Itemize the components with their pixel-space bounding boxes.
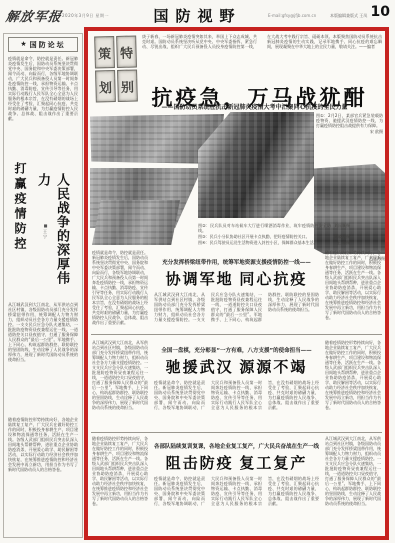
section-column: 随着疫情防控形势持续向好，各地企业陆续复工复产，广大民兵在做好防控工作的同时，积… xyxy=(325,340,381,430)
photo-credit: 王 军摄 xyxy=(337,240,350,245)
section-kicker: 充分发挥桥梁纽带作用，统筹军地资源支援疫情防控一线—— xyxy=(154,258,319,266)
section-column: 随着疫情防控形势持续向好，各地企业陆续复工复产，广大民兵在做好防控工作的同时，积… xyxy=(325,250,381,332)
section-headline: 协调军地 同心抗疫 xyxy=(154,268,319,289)
photo-captions-bottom: 图②：民兵队员对车站候车大厅进行喷洒消毒作业，筑牢疫情防控安全防线。 刘国顺摄 … xyxy=(198,223,350,253)
article-section-coordination: 疫情就是命令，防控就是责任。新冠肺炎疫情发生后，国防动员系统坚决贯彻党中央、国务… xyxy=(92,250,381,332)
section-center: 全国一盘棋，充分彰显“一方有难，八方支援”的使命担当—— 驰援武汉 源源不竭 疫… xyxy=(154,340,319,430)
photo-caption-top: 图①：2月2日，某部官兵紧急装载防疫物资，驰援武汉疫情防控一线，为打赢疫情防控阻… xyxy=(316,113,383,161)
special-plan-stamp: 策 特 划 别 xyxy=(94,35,138,102)
section-divider xyxy=(91,432,382,433)
star-icon: ★ xyxy=(20,41,26,48)
section-column: 从江城武汉到大江南北，从军供站点到社区村镇，各级国防动员部门充分发挥桥梁纽带作用… xyxy=(325,436,381,534)
email-line: E-mail:gfsy@jfjb.com.cn xyxy=(268,13,316,18)
page-number: 10 xyxy=(371,4,390,20)
forum-label: 国防论坛 xyxy=(30,40,66,50)
caption-line: 图②：民兵队员对车站候车大厅进行喷洒消毒作业，筑牢疫情防控安全防线。 刘国顺摄 xyxy=(198,223,350,233)
newspaper-page: 解放军报 2020年3月9日 星期一 国防视野 E-mail:gfsy@jfjb… xyxy=(0,0,395,543)
section-body: 从江城武汉到大江南北，从军供站点到社区村镇，各级国防动员部门充分发挥桥梁纽带作用… xyxy=(154,292,319,332)
stamp-char: 别 xyxy=(117,69,138,102)
page-header: 解放军报 2020年3月9日 星期一 国防视野 E-mail:gfsy@jfjb… xyxy=(0,0,395,27)
photo-credit: 周晓舟摄 xyxy=(334,234,350,239)
section-divider xyxy=(91,334,382,335)
section-body: 疫情就是命令，防控就是责任。新冠肺炎疫情发生后，国防动员系统坚决贯彻党中央、国务… xyxy=(154,476,319,534)
section-body: 疫情就是命令，防控就是责任。新冠肺炎疫情发生后，国防动员系统坚决贯彻党中央、国务… xyxy=(154,380,319,430)
article-section-resume-work: 随着疫情防控形势持续向好，各地企业陆续复工复产，广大民兵在做好防控工作的同时，积… xyxy=(92,436,381,534)
forum-header: ★ 国防论坛 xyxy=(8,37,78,52)
special-feature-box: 策 特 划 别 庚子新春，一场新冠肺炎疫情突如其来，举国上下众志成城、共克时艰。… xyxy=(84,27,389,540)
stamp-char: 特 xyxy=(116,35,137,68)
photo-credit: 宋 歆摄 xyxy=(316,129,383,134)
caption-line: 图④：民兵驾驶员运送生活物资进入封控小区，保障群众基本生活。 王 军摄 xyxy=(198,240,350,245)
main-subhead: ——国防动员系统在抗击新冠肺炎疫情大考中汇聚同心抗疫的全民力量 xyxy=(128,102,381,111)
left-article-paragraph: 随着疫情防控形势持续向好，各地企业陆续复工复产，广大民兵在做好防控工作的同时，积… xyxy=(8,417,78,531)
caption-text: 图①：2月2日，某部官兵紧急装载防疫物资，驰援武汉疫情防控一线，为打赢疫情防控阻… xyxy=(316,113,383,128)
section-column: 从江城武汉到大江南北，从军供站点到社区村镇，各级国防动员部门充分发挥桥梁纽带作用… xyxy=(92,340,148,430)
feature-intro: 庚子新春，一场新冠肺炎疫情突如其来，举国上下众志成城、共克时艰。国防动员系统坚决… xyxy=(142,34,382,65)
left-article-paragraph: 疫情就是命令，防控就是责任。新冠肺炎疫情发生后，国防动员系统坚决贯彻党中央、国务… xyxy=(8,56,78,156)
photo-street-patrol xyxy=(92,200,180,245)
left-article-title: 打赢疫情防控 ■ 王 宁 人民战争的深厚伟力 xyxy=(8,161,78,297)
section-headline: 阻击防疫 复工复产 xyxy=(154,452,319,473)
caption-text: 图④：民兵驾驶员运送生活物资进入封控小区，保障群众基本生活。 xyxy=(198,240,334,245)
editor-note: 本版编辑兼版式 王凤 xyxy=(330,13,367,19)
article-section-wuhan-aid: 从江城武汉到大江南北，从军供站点到社区村镇，各级国防动员部门充分发挥桥梁纽带作用… xyxy=(92,340,381,430)
caption-text: 图②：民兵队员对车站候车大厅进行喷洒消毒作业，筑牢疫情防控安全防线。 xyxy=(198,223,331,233)
caption-text: 图③：民兵小分队协助社区开展卡点执勤，把好疫情防控关口。 xyxy=(198,234,331,239)
stamp-char: 划 xyxy=(95,70,116,103)
left-column-article: ★ 国防论坛 疫情就是命令，防控就是责任。新冠肺炎疫情发生后，国防动员系统坚决贯… xyxy=(3,33,83,538)
left-article-title-main: 人民战争的深厚伟力 xyxy=(34,173,72,297)
left-article-title-pre: 打赢疫情防控 xyxy=(12,162,29,252)
section-kicker: 各部队陆续复训复课，各地企业复工复产，广大民兵奋战在生产一线—— xyxy=(154,442,319,450)
section-column: 随着疫情防控形势持续向好，各地企业陆续复工复产，广大民兵在做好防控工作的同时，积… xyxy=(92,436,148,534)
section-center: 充分发挥桥梁纽带作用，统筹军地资源支援疫情防控一线—— 协调军地 同心抗疫 从江… xyxy=(154,250,319,332)
caption-line: 图③：民兵小分队协助社区开展卡点执勤，把好疫情防控关口。 周晓舟摄 xyxy=(198,234,350,239)
left-article-paragraph: 从江城武汉到大江南北，从军供站点到社区村镇，各级国防动员部门充分发挥桥梁纽带作用… xyxy=(8,302,78,415)
section-center: 各部队陆续复训复课，各地企业复工复产，广大民兵奋战在生产一线—— 阻击防疫 复工… xyxy=(154,436,319,534)
section-headline: 驰援武汉 源源不竭 xyxy=(154,356,319,377)
section-column: 疫情就是命令，防控就是责任。新冠肺炎疫情发生后，国防动员系统坚决贯彻党中央、国务… xyxy=(92,250,148,332)
section-kicker: 全国一盘棋，充分彰显“一方有难，八方支援”的使命担当—— xyxy=(154,346,319,354)
photo-credit: 刘国顺摄 xyxy=(334,223,350,233)
stamp-char: 策 xyxy=(94,36,115,69)
